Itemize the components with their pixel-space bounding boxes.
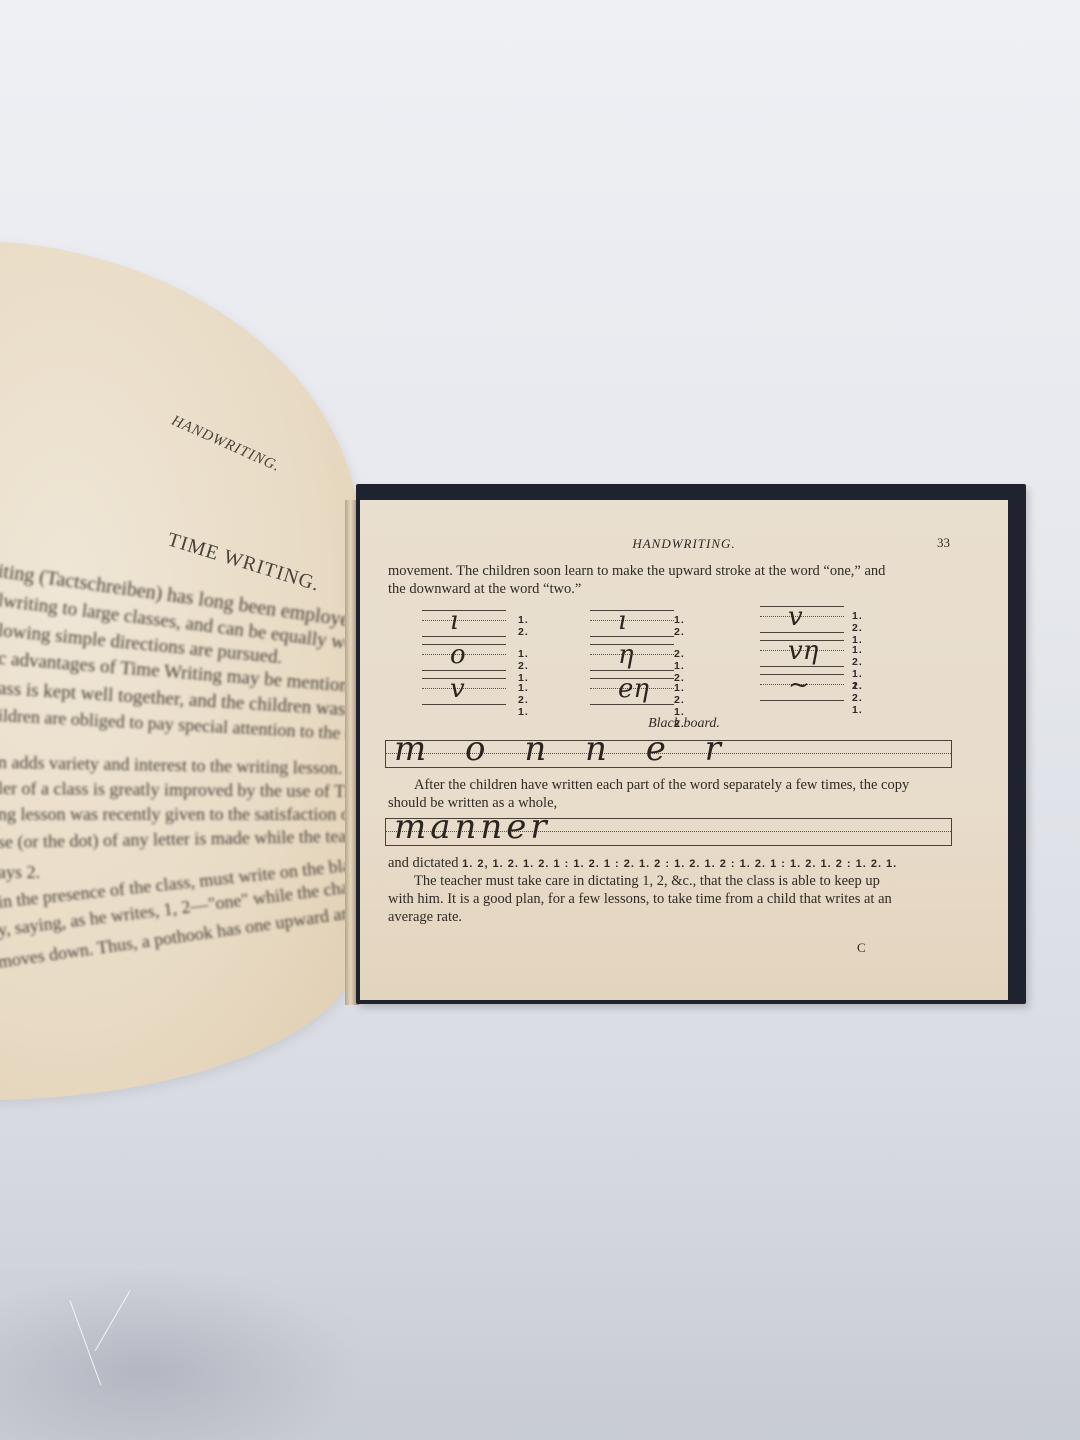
stroke-example: ı 1. 2. (422, 608, 506, 638)
stroke-glyph: ı (450, 606, 458, 636)
board-word: manner (394, 807, 551, 847)
page-number: 33 (937, 535, 950, 551)
left-line: se (or the dot) of any letter is made wh… (0, 823, 360, 853)
paragraph-line: average rate. (388, 908, 954, 926)
intro-line: the downward at the word “two.” (388, 580, 954, 598)
plastic-wrap (0, 1270, 360, 1440)
stroke-count: 1. 2. 1. (852, 610, 863, 646)
stroke-example: vη 1. 2. 1. 2. (760, 638, 844, 668)
stroke-count: 1. 2. (518, 614, 529, 638)
stroke-glyph: ~ (788, 670, 810, 700)
dictation-prefix: and dictated (388, 855, 458, 871)
plastic-crease (70, 1300, 102, 1385)
stroke-count: 2. 1. 2. (674, 648, 685, 684)
blackboard-separated-word: m o n n e r (385, 740, 952, 768)
stroke-glyph: eη (618, 674, 649, 704)
stroke-glyph: v (788, 602, 803, 632)
blackboard-whole-word: manner (385, 818, 952, 846)
paragraph-line: with him. It is a good plan, for a few l… (388, 890, 954, 908)
paragraph-line: After the children have written each par… (388, 776, 954, 794)
left-page-text: HANDWRITING. TIME WRITING. iting (Tactsc… (0, 240, 360, 1100)
left-line: n adds variety and interest to the writi… (0, 752, 343, 779)
stroke-example: o 1. 2. 1. (422, 642, 506, 672)
stroke-count: 1. 2. 1. (518, 682, 529, 718)
plastic-crease (95, 1290, 131, 1351)
left-line: ays 2. (0, 862, 40, 883)
stroke-example: ~ 1. 2. 1. (760, 672, 844, 702)
stroke-count: 1. 2. 1. (852, 680, 863, 716)
stroke-count: 1. 2. (674, 614, 685, 638)
left-page: HANDWRITING. TIME WRITING. iting (Tactsc… (0, 240, 360, 1100)
stroke-example: v 1. 2. 1. (760, 604, 844, 634)
dictation-line: and dictated 1. 2, 1. 2. 1. 2. 1 : 1. 2.… (388, 854, 954, 873)
stroke-example: eη 1. 2. 1. 2. (590, 676, 674, 706)
board-word: m o n n e r (394, 729, 735, 769)
paragraph-line: The teacher must take care in dictating … (388, 872, 954, 890)
right-running-header: HANDWRITING. (360, 536, 1008, 552)
left-line: ng lesson was recently given to the sati… (0, 804, 360, 825)
stroke-glyph: vη (788, 636, 818, 666)
signature-mark: C (857, 940, 866, 956)
dictation-sequence: 1. 2, 1. 2. 1. 2. 1 : 1. 2. 1 : 2. 1. 2 … (462, 858, 897, 870)
left-running-header: HANDWRITING. (169, 413, 283, 476)
right-page: HANDWRITING. 33 movement. The children s… (360, 500, 1008, 1000)
stroke-count: 1. 2. 1. (518, 648, 529, 684)
stroke-glyph: o (450, 640, 466, 670)
stroke-glyph: η (618, 640, 634, 670)
left-line: ler of a class is greatly improved by th… (0, 778, 360, 803)
stroke-glyph: v (450, 674, 465, 704)
stroke-examples: ı 1. 2. o 1. 2. 1. v 1. 2. 1. ı 1. 2. η … (422, 608, 962, 728)
stroke-example: ı 1. 2. (590, 608, 674, 638)
stroke-example: v 1. 2. 1. (422, 676, 506, 706)
intro-line: movement. The children soon learn to mak… (388, 562, 954, 580)
stroke-example: η 2. 1. 2. (590, 642, 674, 672)
stroke-glyph: ı (618, 606, 626, 636)
